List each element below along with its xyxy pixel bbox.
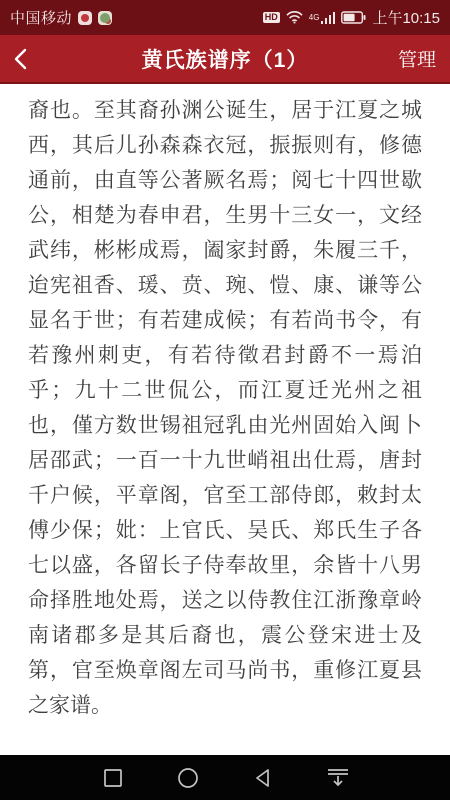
status-bar-right: HD 4G 上午10:15 xyxy=(263,7,440,28)
signal-bars-icon xyxy=(321,11,335,24)
page-title: 黄氏族谱序（1） xyxy=(0,44,450,74)
carrier-label: 中国移动 xyxy=(10,7,72,28)
pulldown-arrow-icon xyxy=(325,768,351,788)
phone-screen: 中国移动 HD 4G 上午10:1 xyxy=(0,0,450,800)
recents-button[interactable] xyxy=(99,764,127,792)
home-button[interactable] xyxy=(174,764,202,792)
article-paragraph: 裔也。至其裔孙渊公诞生，居于江夏之城西，其后儿孙森森衣冠，振振则有，修德通前，由… xyxy=(28,93,422,723)
battery-icon xyxy=(341,11,366,24)
network-type-label: 4G xyxy=(309,13,320,22)
manage-button[interactable]: 管理 xyxy=(398,45,436,72)
chevron-left-icon xyxy=(14,48,27,70)
android-nav-bar xyxy=(0,755,450,800)
status-bar: 中国移动 HD 4G 上午10:1 xyxy=(0,0,450,35)
notification-pulldown-button[interactable] xyxy=(324,764,352,792)
notification-red-dot-icon xyxy=(78,11,92,25)
clock-label: 上午10:15 xyxy=(372,7,440,28)
hd-volte-icon: HD xyxy=(263,12,280,23)
notification-app-icon xyxy=(98,11,112,25)
article-scroll-area[interactable]: 裔也。至其裔孙渊公诞生，居于江夏之城西，其后儿孙森森衣冠，振振则有，修德通前，由… xyxy=(0,84,450,755)
app-header: 黄氏族谱序（1） 管理 xyxy=(0,35,450,84)
back-nav-button[interactable] xyxy=(249,764,277,792)
home-circle-icon xyxy=(176,766,200,790)
back-button[interactable] xyxy=(14,44,44,74)
wifi-icon xyxy=(286,11,303,24)
status-bar-left: 中国移动 xyxy=(10,7,112,28)
recents-square-icon xyxy=(101,766,125,790)
back-triangle-icon xyxy=(251,766,275,790)
